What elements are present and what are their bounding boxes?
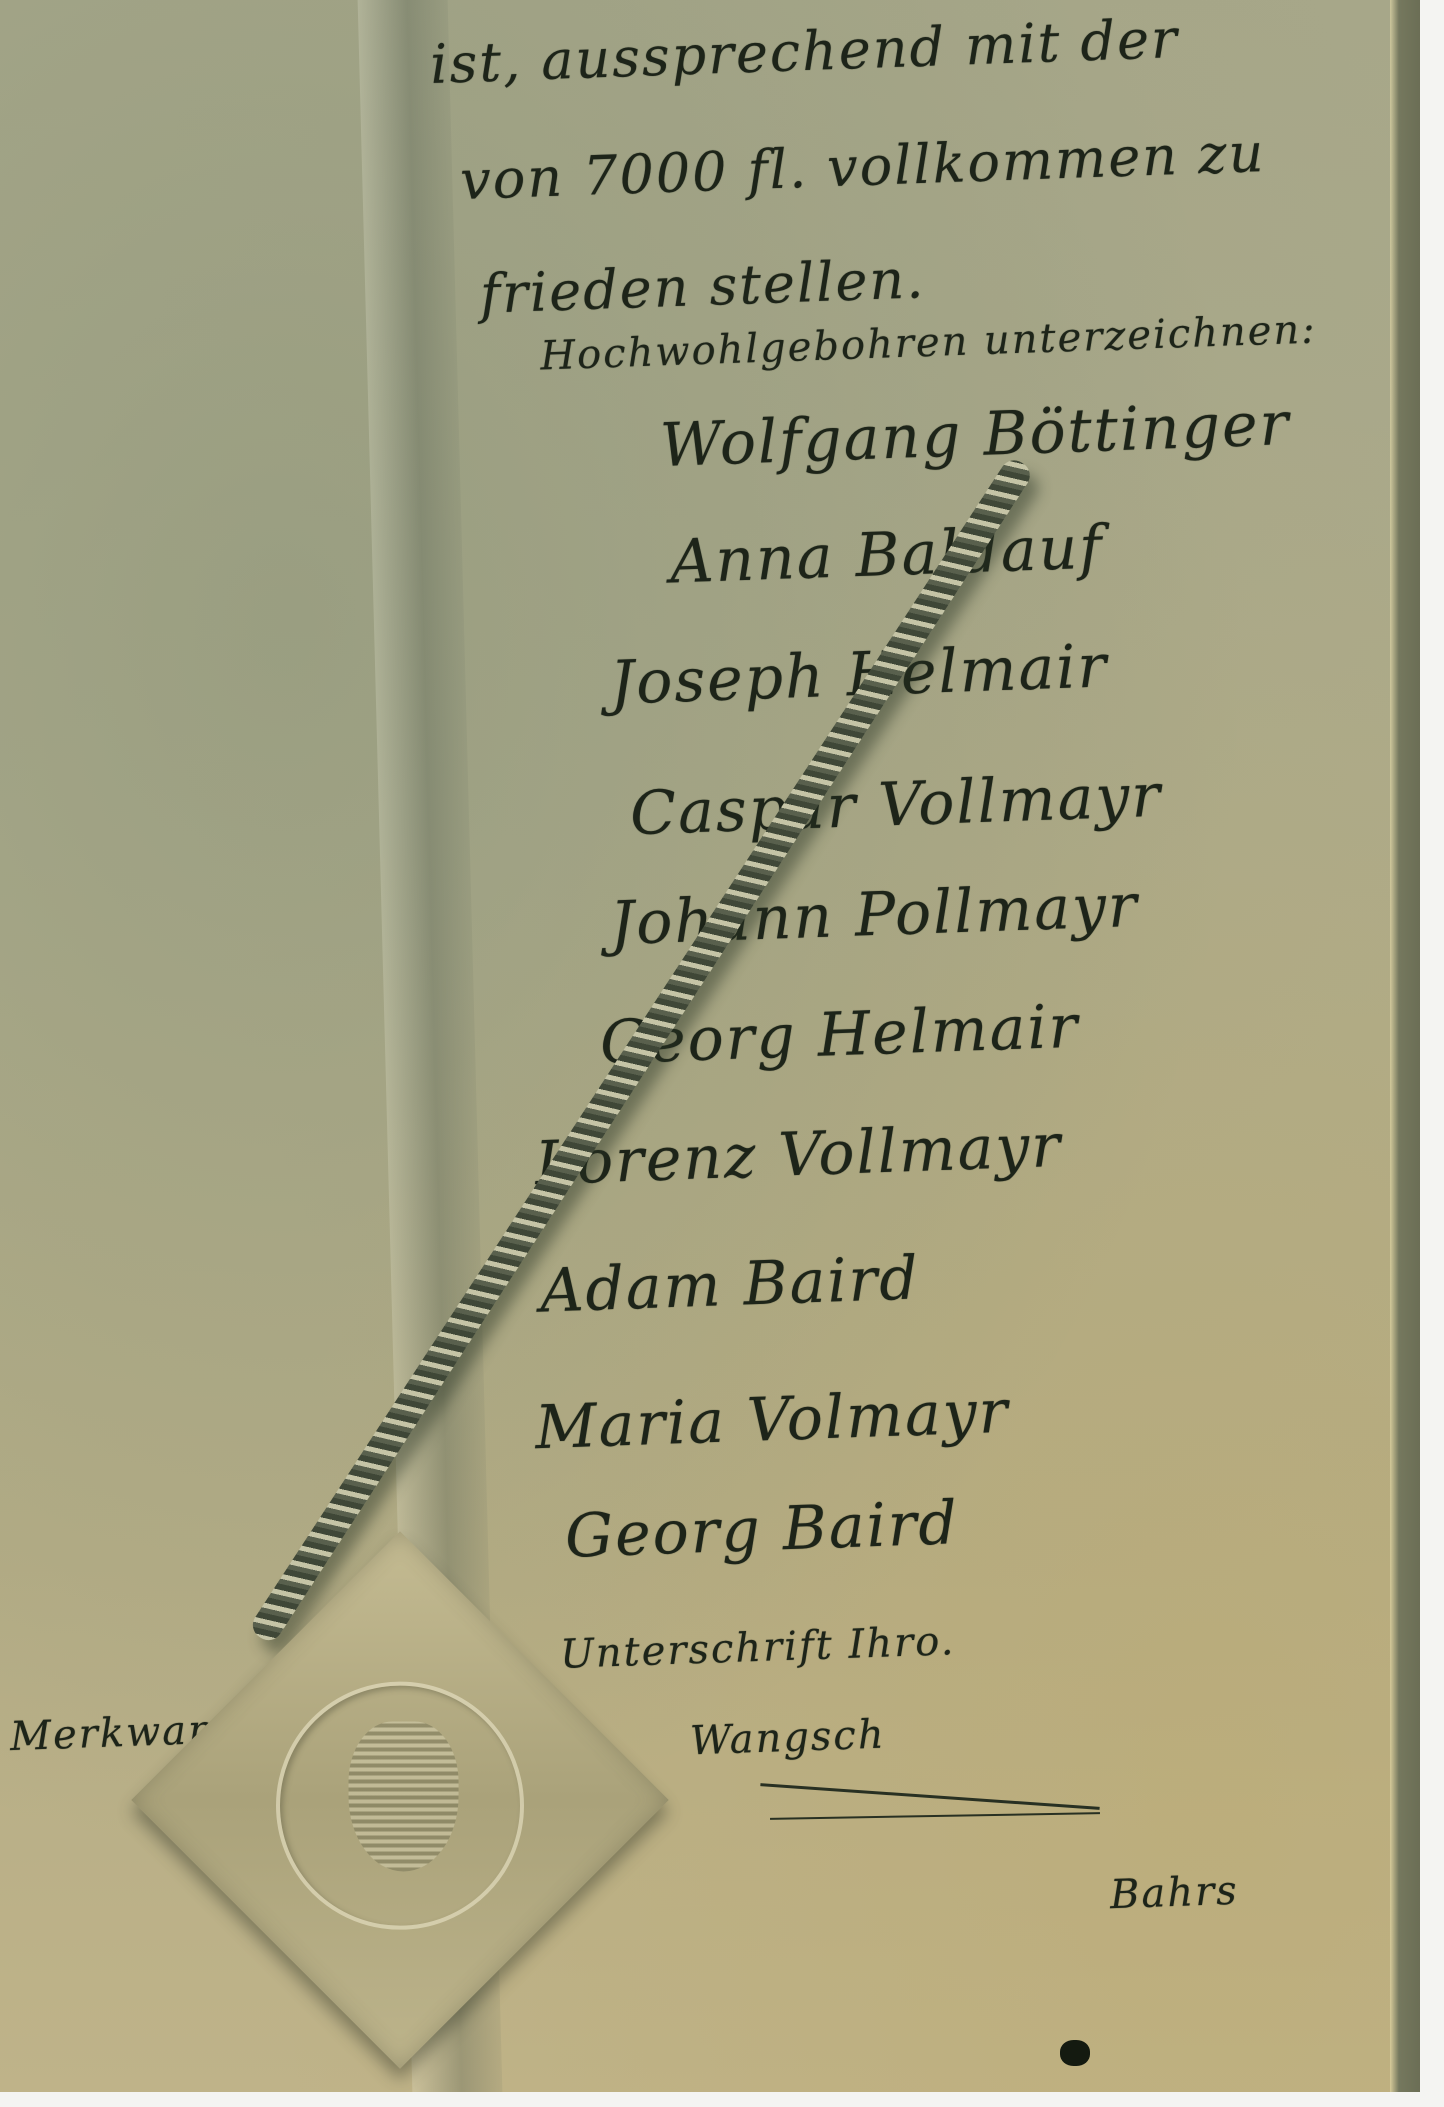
signature-11: Unterschrift Ihro.	[559, 1618, 956, 1678]
signature-8: Adam Baird	[539, 1243, 921, 1326]
signature-flourish	[760, 1783, 1099, 1810]
signature-5: Johann Pollmayr	[609, 871, 1140, 959]
body-line-3: frieden stellen.	[479, 247, 926, 326]
body-line-1: ist, aussprechend mit der	[429, 7, 1180, 96]
closing-signature: Wangsch	[689, 1712, 886, 1765]
ink-blot	[1060, 2040, 1090, 2066]
signature-2: Anna Baldauf	[669, 512, 1105, 597]
signature-1: Wolfgang Böttinger	[659, 389, 1291, 481]
signature-7: Lorenz Vollmayr	[534, 1111, 1063, 1199]
crown-icon	[349, 1721, 459, 1871]
body-line-2: von 7000 fl. vollkommen zu	[459, 121, 1266, 212]
signature-flourish-2	[770, 1812, 1100, 1820]
seal-icon	[131, 1531, 668, 2068]
corner-signature: Bahrs	[1109, 1868, 1239, 1918]
signature-9: Maria Volmayr	[534, 1377, 1010, 1464]
signature-4: Caspar Vollmayr	[629, 761, 1163, 850]
signature-10: Georg Baird	[564, 1488, 960, 1572]
document-photo: ist, aussprechend mit der von 7000 fl. v…	[0, 0, 1420, 2092]
page-edge	[1390, 0, 1420, 2092]
